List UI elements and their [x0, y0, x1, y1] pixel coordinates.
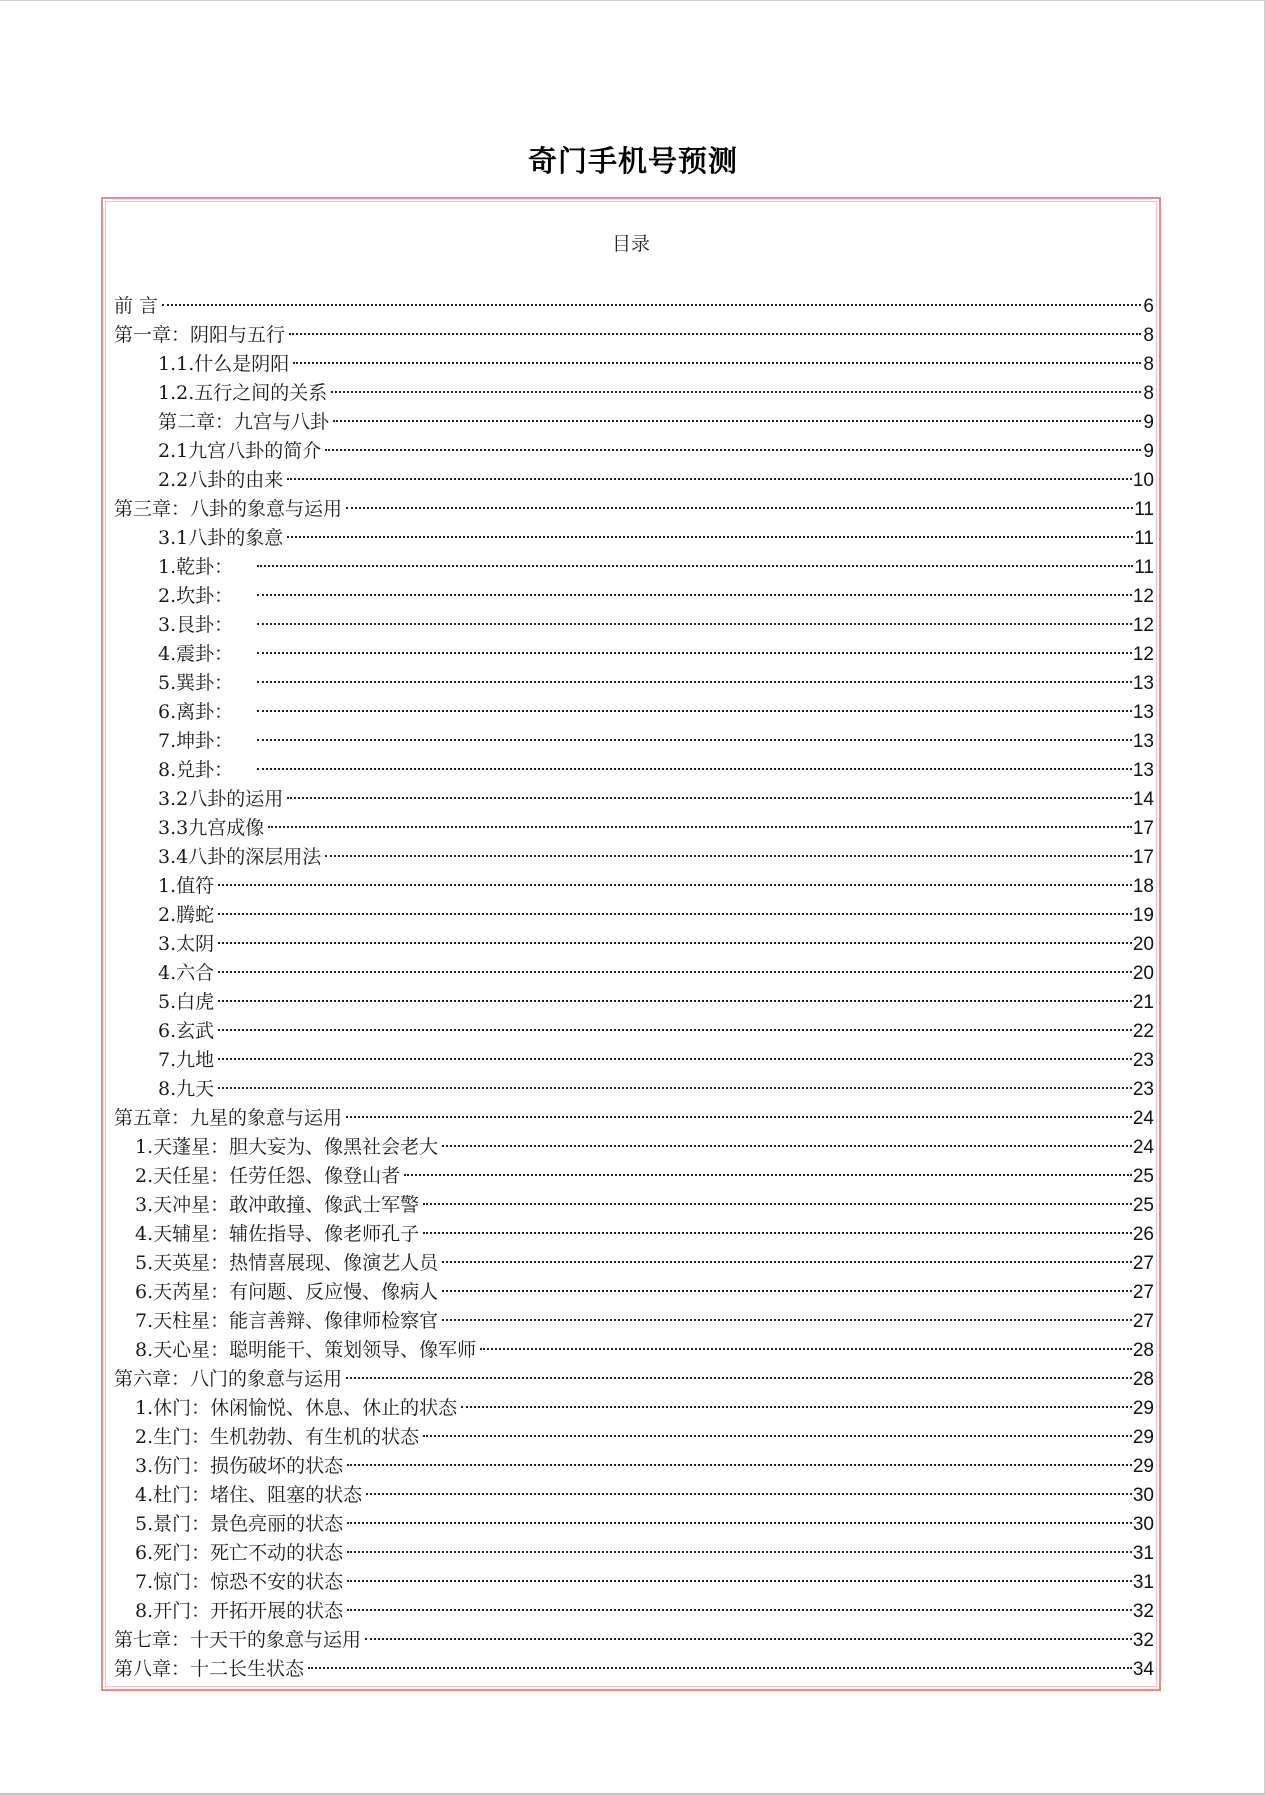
toc-entry-page-number: 11 [1134, 553, 1154, 582]
toc-entry-label: 第二章：九宫与八卦 [158, 408, 329, 437]
toc-entry-page-number: 20 [1133, 959, 1154, 988]
toc-dot-leader [331, 370, 1141, 399]
toc-entry-page-number: 23 [1133, 1075, 1154, 1104]
toc-entry-page-number: 25 [1133, 1162, 1154, 1191]
toc-entry-page-number: 29 [1133, 1452, 1154, 1481]
toc-entry-page-number: 22 [1133, 1017, 1154, 1046]
toc-entry-label: 2.腾蛇 [158, 901, 214, 930]
toc-entry-label: 3.3九宫成像 [158, 814, 264, 843]
toc-entry-page-number: 13 [1133, 698, 1154, 727]
toc-list: 前 言 6 第一章：阴阳与五行 8 1.1.什么是阴阳 8 1.2.五行之间的关… [114, 283, 1154, 1675]
toc-entry[interactable]: 7.九地 23 [114, 1037, 1154, 1066]
toc-entry-label: 6.玄武 [158, 1017, 214, 1046]
toc-entry-page-number: 9 [1142, 408, 1154, 437]
toc-entry-label: 1.1.什么是阴阳 [158, 350, 289, 379]
toc-entry[interactable]: 3.2八卦的运用 14 [114, 776, 1154, 805]
toc-entry-page-number: 28 [1133, 1336, 1154, 1365]
toc-dot-leader [423, 1182, 1132, 1211]
toc-entry-label: 1.2.五行之间的关系 [158, 379, 327, 408]
toc-dot-leader [257, 660, 1132, 689]
toc-entry-label: 8.九天 [158, 1075, 214, 1104]
toc-dot-leader [346, 1356, 1132, 1385]
toc-dot-leader [366, 1472, 1132, 1501]
toc-entry-label: 3.伤门：损伤破坏的状态 [135, 1452, 343, 1481]
toc-dot-leader [287, 457, 1132, 486]
toc-dot-leader [347, 1588, 1132, 1617]
toc-dot-leader [347, 1559, 1132, 1588]
toc-dot-leader [218, 1008, 1132, 1037]
toc-entry[interactable]: 第五章：九星的象意与运用 24 [114, 1095, 1154, 1124]
toc-dot-leader [325, 834, 1132, 863]
toc-dot-leader [442, 1240, 1132, 1269]
toc-entry-label: 4.杜门：堵住、阻塞的状态 [135, 1481, 362, 1510]
document-page: 奇门手机号预测 目录 前 言 6 第一章：阴阳与五行 8 1.1.什么是阴阳 8… [0, 0, 1266, 1795]
toc-dot-leader [218, 863, 1132, 892]
toc-entry[interactable]: 8.九天 23 [114, 1066, 1154, 1095]
toc-entry-label: 1.乾卦： [158, 553, 233, 582]
toc-heading: 目录 [103, 229, 1159, 256]
toc-entry-page-number: 10 [1133, 466, 1154, 495]
toc-entry[interactable]: 4.六合 20 [114, 950, 1154, 979]
toc-dot-leader [287, 776, 1132, 805]
toc-entry[interactable]: 第一章：阴阳与五行 8 [114, 312, 1154, 341]
toc-entry-page-number: 12 [1133, 640, 1154, 669]
toc-entry-page-number: 17 [1133, 814, 1154, 843]
toc-entry-label: 4.震卦： [158, 640, 233, 669]
toc-entry-label: 7.惊门：惊恐不安的状态 [135, 1568, 343, 1597]
toc-dot-leader [218, 950, 1132, 979]
toc-dot-leader [218, 921, 1132, 950]
toc-entry-label: 3.天冲星：敢冲敢撞、像武士军警 [135, 1191, 419, 1220]
toc-dot-leader [365, 1617, 1132, 1646]
toc-dot-leader [162, 283, 1141, 312]
toc-dot-leader [346, 486, 1133, 515]
toc-dot-leader [333, 399, 1141, 428]
toc-entry-page-number: 28 [1133, 1365, 1154, 1394]
toc-dot-leader [404, 1153, 1132, 1182]
toc-entry[interactable]: 1.值符 18 [114, 863, 1154, 892]
toc-dot-leader [257, 544, 1133, 573]
toc-entry-page-number: 27 [1133, 1249, 1154, 1278]
toc-entry-page-number: 29 [1133, 1423, 1154, 1452]
toc-entry-page-number: 27 [1133, 1278, 1154, 1307]
toc-dot-leader [442, 1124, 1132, 1153]
toc-entry-label: 前 言 [114, 292, 158, 321]
toc-entry-page-number: 31 [1133, 1568, 1154, 1597]
toc-entry-label: 第一章：阴阳与五行 [114, 321, 285, 350]
toc-entry-page-number: 13 [1133, 727, 1154, 756]
toc-dot-leader [293, 341, 1141, 370]
toc-entry-label: 3.艮卦： [158, 611, 233, 640]
toc-entry-label: 1.休门：休闲愉悦、休息、休止的状态 [135, 1394, 457, 1423]
toc-entry-label: 3.2八卦的运用 [158, 785, 283, 814]
toc-dot-leader [423, 1414, 1132, 1443]
toc-dot-leader [423, 1211, 1132, 1240]
toc-entry-label: 7.九地 [158, 1046, 214, 1075]
toc-entry-page-number: 26 [1133, 1220, 1154, 1249]
toc-entry[interactable]: 3.3九宫成像 17 [114, 805, 1154, 834]
toc-entry-label: 5.景门：景色亮丽的状态 [135, 1510, 343, 1539]
toc-entry-page-number: 14 [1133, 785, 1154, 814]
toc-entry-page-number: 25 [1133, 1191, 1154, 1220]
toc-entry-page-number: 19 [1133, 901, 1154, 930]
toc-entry-label: 第五章：九星的象意与运用 [114, 1104, 342, 1133]
toc-dot-leader [461, 1385, 1132, 1414]
toc-entry-page-number: 32 [1133, 1626, 1154, 1655]
toc-dot-leader [287, 515, 1133, 544]
toc-entry-page-number: 8 [1142, 321, 1154, 350]
toc-entry-page-number: 11 [1134, 524, 1154, 553]
toc-entry-label: 1.天蓬星：胆大妄为、像黑社会老大 [135, 1133, 438, 1162]
toc-entry[interactable]: 2.坎卦： 12 [114, 573, 1154, 602]
toc-entry-label: 2.天任星：任劳任怨、像登山者 [135, 1162, 400, 1191]
toc-entry[interactable]: 6.玄武 22 [114, 1008, 1154, 1037]
toc-entry-label: 8.兑卦： [158, 756, 233, 785]
toc-entry-page-number: 21 [1133, 988, 1154, 1017]
toc-entry-page-number: 8 [1142, 350, 1154, 379]
toc-entry[interactable]: 前 言 6 [114, 283, 1154, 312]
toc-dot-leader [347, 1501, 1132, 1530]
toc-entry[interactable]: 7.坤卦： 13 [114, 718, 1154, 747]
toc-entry-page-number: 32 [1133, 1597, 1154, 1626]
toc-dot-leader [442, 1298, 1132, 1327]
toc-entry-label: 6.天芮星：有问题、反应慢、像病人 [135, 1278, 438, 1307]
toc-entry-label: 5.巽卦： [158, 669, 233, 698]
toc-entry-page-number: 20 [1133, 930, 1154, 959]
toc-entry-label: 7.坤卦： [158, 727, 233, 756]
toc-dot-leader [442, 1269, 1132, 1298]
toc-entry-label: 7.天柱星：能言善辩、像律师检察官 [135, 1307, 438, 1336]
toc-entry-page-number: 13 [1133, 756, 1154, 785]
toc-entry[interactable]: 5.白虎 21 [114, 979, 1154, 1008]
toc-entry-label: 2.坎卦： [158, 582, 233, 611]
toc-entry-page-number: 24 [1133, 1133, 1154, 1162]
toc-entry-page-number: 29 [1133, 1394, 1154, 1423]
toc-entry-page-number: 12 [1133, 611, 1154, 640]
toc-entry[interactable]: 1.乾卦： 11 [114, 544, 1154, 573]
toc-dot-leader [257, 631, 1132, 660]
toc-entry-page-number: 23 [1133, 1046, 1154, 1075]
toc-entry-label: 第八章：十二长生状态 [114, 1655, 304, 1684]
toc-entry-page-number: 18 [1133, 872, 1154, 901]
toc-dot-leader [346, 1095, 1132, 1124]
toc-dot-leader [257, 718, 1132, 747]
toc-dot-leader [308, 1646, 1132, 1675]
toc-entry-page-number: 31 [1133, 1539, 1154, 1568]
toc-entry-page-number: 30 [1133, 1510, 1154, 1539]
toc-dot-leader [218, 1066, 1132, 1095]
toc-entry-page-number: 24 [1133, 1104, 1154, 1133]
toc-dot-leader [257, 573, 1132, 602]
toc-entry-page-number: 9 [1142, 437, 1154, 466]
toc-entry-label: 6.离卦： [158, 698, 233, 727]
toc-dot-leader [257, 747, 1132, 776]
toc-entry[interactable]: 8.兑卦： 13 [114, 747, 1154, 776]
toc-entry-label: 1.值符 [158, 872, 214, 901]
table-of-contents-frame: 目录 前 言 6 第一章：阴阳与五行 8 1.1.什么是阴阳 8 1.2.五行之… [101, 197, 1161, 1691]
toc-entry-label: 3.太阴 [158, 930, 214, 959]
toc-dot-leader [257, 689, 1132, 718]
toc-entry-page-number: 27 [1133, 1307, 1154, 1336]
toc-entry[interactable]: 2.腾蛇 19 [114, 892, 1154, 921]
toc-dot-leader [218, 979, 1132, 1008]
toc-entry-page-number: 34 [1133, 1655, 1154, 1684]
toc-entry-page-number: 13 [1133, 669, 1154, 698]
toc-entry-label: 6.死门：死亡不动的状态 [135, 1539, 343, 1568]
toc-dot-leader [257, 602, 1132, 631]
toc-entry[interactable]: 5.巽卦： 13 [114, 660, 1154, 689]
toc-entry[interactable]: 3.太阴 20 [114, 921, 1154, 950]
toc-entry[interactable]: 4.震卦： 12 [114, 631, 1154, 660]
toc-entry-page-number: 30 [1133, 1481, 1154, 1510]
toc-entry-label: 8.开门：开拓开展的状态 [135, 1597, 343, 1626]
document-title: 奇门手机号预测 [0, 139, 1266, 180]
toc-dot-leader [480, 1327, 1132, 1356]
toc-entry[interactable]: 3.艮卦： 12 [114, 602, 1154, 631]
toc-entry-label: 5.天英星：热情喜展现、像演艺人员 [135, 1249, 438, 1278]
toc-entry-label: 4.六合 [158, 959, 214, 988]
toc-entry-page-number: 8 [1142, 379, 1154, 408]
toc-entry-page-number: 6 [1142, 292, 1154, 321]
toc-entry[interactable]: 3.4八卦的深层用法 17 [114, 834, 1154, 863]
toc-entry-label: 4.天辅星：辅佐指导、像老师孔子 [135, 1220, 419, 1249]
toc-entry-page-number: 11 [1134, 495, 1154, 524]
toc-entry-label: 第六章：八门的象意与运用 [114, 1365, 342, 1394]
toc-dot-leader [218, 1037, 1132, 1066]
toc-dot-leader [347, 1443, 1132, 1472]
toc-dot-leader [218, 892, 1132, 921]
toc-entry-page-number: 12 [1133, 582, 1154, 611]
toc-entry-page-number: 17 [1133, 843, 1154, 872]
toc-entry-label: 5.白虎 [158, 988, 214, 1017]
toc-entry[interactable]: 6.离卦： 13 [114, 689, 1154, 718]
toc-dot-leader [289, 312, 1141, 341]
toc-dot-leader [268, 805, 1132, 834]
toc-dot-leader [347, 1530, 1132, 1559]
toc-dot-leader [325, 428, 1141, 457]
toc-entry-label: 2.2八卦的由来 [158, 466, 283, 495]
